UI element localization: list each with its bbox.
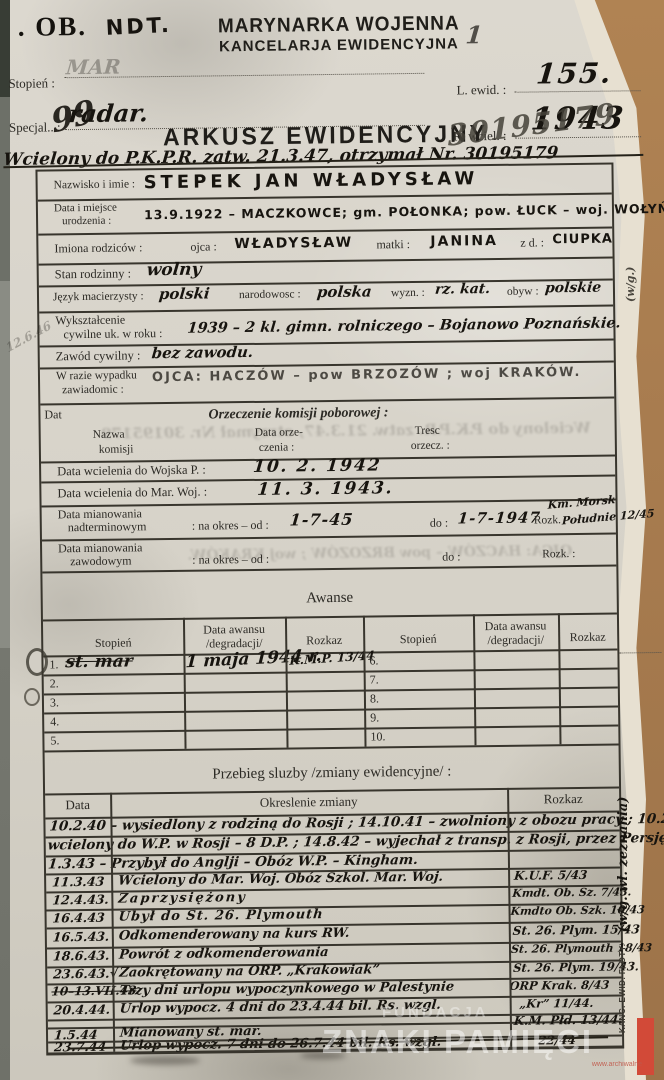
service-col-zmiana: Okreslenie zmiany (110, 792, 507, 813)
obyw-label: obyw : (507, 285, 539, 297)
scanned-document-photo: . OB. NDT. MARYNARKA WOJENNA KANCELARJA … (0, 0, 664, 1080)
margin-note-zeznania: (w/g. wł. zeznania) (616, 752, 631, 932)
awanse-no-right: 7. (370, 672, 379, 687)
service-change: Wcielony do Mar. Woj. Obóz Szkol. Mar. W… (117, 870, 443, 889)
bleedthrough-ghost-text-2: OJCA: HACZÓW – pow BRZOZÓW ; woj KRAKÓW. (151, 543, 572, 564)
rozk-label: Rozk. (534, 514, 561, 526)
service-order: ORP Krak. 8/43 (509, 978, 610, 993)
watermark-url: www.archiwalne (382, 1061, 642, 1068)
awanse-title: Awanse (43, 587, 617, 611)
awanse-no: 1. (49, 657, 58, 672)
awanse-col-rozkaz-2: Rozkaz (558, 630, 617, 646)
komisja-col2b: czenia : (259, 441, 295, 453)
service-change: Trzy dni urlopu wypoczynkowego w Palesty… (119, 980, 455, 999)
service-change: Ubył do St. 26. Plymouth (118, 907, 324, 925)
ojca-value: WŁADYSŁAW (234, 235, 353, 252)
form-table: Nazwisko i imie : STEPEK JAN WŁADYSŁAW D… (35, 163, 624, 1056)
service-change: Zaokrętowany na ORP. „Krakowiak” (119, 962, 381, 980)
wojsko-label: Data wcielenia do Wojska P. : (57, 463, 206, 480)
nazwisko-value: STEPEK JAN WŁADYSŁAW (143, 168, 478, 193)
service-date: 12.4.43. (52, 892, 110, 908)
service-change: Zaprzysiężony (118, 890, 248, 907)
okres-label: : na okres – od : (192, 518, 269, 534)
jezyk-value: polski (158, 284, 210, 303)
l-ewid-dotted-line (515, 90, 641, 93)
service-date: 20.4.44. (53, 1002, 111, 1018)
zawod-label: Zawód cywilny : (56, 348, 141, 364)
przebieg-title: Przebieg sluzby /zmiany ewidencyjne/ : (45, 762, 619, 786)
obyw-value: polskie (544, 280, 602, 297)
awanse-no-right: 6. (369, 653, 378, 668)
awanse-stopien-value: st. mar (65, 651, 134, 672)
arkusz-ewidencyjny-form: . OB. NDT. MARYNARKA WOJENNA KANCELARJA … (0, 0, 664, 1080)
wypadek-label-1: W razie wypadku (56, 369, 137, 382)
awanse-no-right: 10. (370, 729, 385, 744)
ndt-handwritten: NDT. (105, 13, 172, 40)
stan-label: Stan rodzinny : (55, 266, 132, 282)
scribble-mark: 99 (49, 92, 98, 141)
narodowosc-value: polska (316, 282, 372, 301)
service-col-rozkaz: Rozkaz (507, 791, 619, 808)
page-mark-handwritten: 1 (464, 20, 483, 49)
awanse-col-stopien-2: Stopień (363, 631, 473, 647)
zawodowy-label: zawodowym (70, 553, 132, 569)
matki-value: JANINA (430, 233, 498, 250)
komisja-col3b: orzecz. : (411, 440, 450, 452)
urodzenia-label-1: Data i miejsce (54, 202, 117, 215)
awanse-no: 2. (50, 676, 59, 691)
dat-fragment: Dat (44, 407, 62, 422)
awanse-no-right: 9. (370, 710, 379, 725)
jezyk-label: Język macierzysty : (53, 290, 144, 303)
stan-value: wolny (146, 260, 203, 281)
foundation-watermark: FUNDACJA ZNAKI PAMIĘCI www.archiwalne (382, 1004, 642, 1068)
nadterm-od-value: 1-7-45 (289, 510, 355, 530)
service-change: Odkomenderowany na kurs RW. (118, 926, 350, 944)
service-change: Powrót z odkomenderowania (118, 945, 329, 963)
urodzenia-value: 13.9.1922 – MACZKOWCE; gm. POŁONKA; pow.… (144, 201, 664, 222)
margin-note-wg: (w/g.) (624, 232, 637, 302)
l-ewid-label: L. ewid. : (456, 82, 506, 99)
awanse-no: 3. (50, 695, 59, 710)
wyksztalcenie-label-2: cywilne uk. w roku : (63, 326, 162, 342)
service-date: 11.3.43 (51, 874, 105, 890)
stamp-line-2: KANCELARJA EWIDENCYJNA (194, 35, 484, 56)
awanse-no: 4. (50, 714, 59, 729)
awanse-no: 5. (50, 733, 59, 748)
stopien-label: Stopień : (8, 75, 55, 92)
nazwisko-label: Nazwisko i imie : (54, 178, 136, 191)
do-label: do : (430, 516, 449, 531)
wypadek-value: OJCA: HACZÓW – pow BRZOZÓW ; woj KRAKÓW. (152, 365, 582, 385)
service-order: Kmdt. Ob. Sz. 7/43. (512, 885, 632, 899)
ob-stamp: . OB. (18, 11, 88, 43)
service-date: 23.6.43.√ (53, 966, 119, 982)
watermark-line-2: ZNAKI PAMIĘCI (322, 1023, 642, 1061)
service-order: K.U.F. 5/43 (513, 868, 588, 883)
rodzice-label: Imiona rodziców : (54, 240, 142, 256)
navy-office-stamp: MARYNARKA WOJENNA KANCELARJA EWIDENCYJNA (194, 12, 484, 56)
wyksztalcenie-value: 1939 – 2 kl. gimn. rolniczego – Bojanowo… (187, 314, 622, 336)
zd-label: z d. : (520, 235, 544, 250)
stamp-line-1: MARYNARKA WOJENNA (201, 12, 477, 38)
nadterm-rozkaz-2: Południe 12/45 (562, 507, 655, 528)
bleedthrough-ghost-text: Wcielony do P.K.P.R. zatw. 21.3.47, otrz… (110, 419, 592, 443)
awanse-row-dotted-continuation (619, 652, 661, 654)
nadterm-label: nadterminowym (68, 519, 147, 535)
service-date: 16.4.43 (52, 910, 106, 926)
matki-label: matki : (376, 237, 410, 252)
l-ewid-value: 155. (535, 57, 614, 91)
wyzn-value: rz. kat. (434, 281, 491, 298)
service-col-data: Data (45, 797, 110, 814)
marwoj-label: Data wcielenia do Mar. Woj. : (57, 485, 207, 502)
watermark-line-1: FUNDACJA (382, 1004, 642, 1021)
narodowosc-label: narodowosc : (239, 288, 301, 301)
nadterm-do-value: 1-7-1947 (457, 508, 542, 527)
wypadek-label-2: zawiadomic : (62, 384, 124, 397)
awanse-col-stopien-1: Stopień (43, 635, 183, 652)
awanse-col-data-2b: /degradacji/ (473, 632, 558, 648)
zd-value: CIUPKA (552, 232, 613, 248)
ojca-label: ojca : (190, 239, 217, 254)
ink-smudge (130, 1056, 200, 1065)
wojsko-value: 10. 2. 1942 (252, 455, 382, 477)
service-date: 18.6.43. (52, 948, 110, 964)
row-komisja: Dat Orzeczenie komisji poborowej : Nazwa… (40, 397, 615, 464)
zawod-value: bez zawodu. (151, 343, 254, 362)
komisja-col1b: komisji (99, 443, 134, 455)
wyzn-label: wyzn. : (391, 287, 425, 299)
awanse-no-right: 8. (370, 691, 379, 706)
service-order: St. 26. Plymouth 18/43 (510, 941, 652, 956)
service-date: 16.5.43. (52, 929, 110, 945)
urodzenia-label-2: urodzenia : (62, 215, 111, 228)
stopien-ghost-handwriting: MAR (65, 55, 122, 80)
marwoj-value: 11. 3. 1943. (256, 478, 394, 500)
